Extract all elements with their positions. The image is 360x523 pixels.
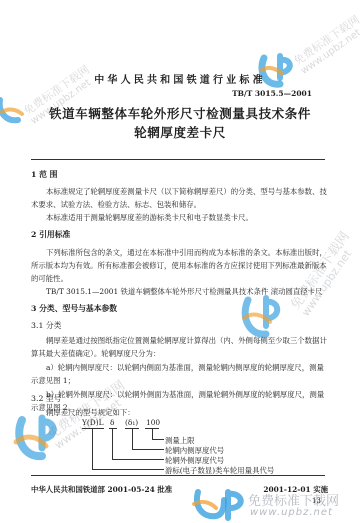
section-2-paragraph: 下列标准所包含的条文，通过在本标准中引用而构成为本标准的条文。本标准出版时， <box>46 247 327 258</box>
approval-info: 中华人民共和国铁道部 2001-05-24 批准 <box>31 484 172 495</box>
model-part-type: Y(D)L <box>82 418 103 427</box>
model-part-range: 100 <box>146 418 160 427</box>
section-2-heading: 2 引用标准 <box>31 229 70 240</box>
leader-outer-v <box>112 428 113 459</box>
model-part-inner: (δ₁) <box>125 418 138 427</box>
standard-code: TB/T 3015.5—2001 <box>232 89 312 98</box>
underline-type <box>82 428 104 429</box>
leader-inner-h <box>132 449 164 450</box>
section-3-1-paragraph: 算其最大差值确定）。轮辋厚度尺分为： <box>31 348 160 359</box>
model-intro: 辋厚差尺的型号规定如下： <box>46 407 135 418</box>
leader-range-h <box>152 439 164 440</box>
model-part-outer: δ <box>110 418 114 427</box>
watermark-logo-mid-left <box>10 412 62 468</box>
section-3-heading: 3 分类、型号与基本参数 <box>31 303 117 314</box>
leader-type-h <box>92 469 164 470</box>
watermark-brand-url: www.upbz.net <box>250 507 333 518</box>
section-3-2-heading: 3.2 型号 <box>31 393 61 404</box>
section-1-paragraph: 本标准适用于测量轮辋厚度差的游标类卡尺和电子数显类卡尺。 <box>46 212 253 223</box>
page-number: 13 <box>312 497 321 505</box>
watermark-logo-icon <box>10 412 62 464</box>
section-3-1-heading: 3.1 分类 <box>31 320 61 331</box>
document-subtitle: 轮辋厚度差卡尺 <box>0 123 360 141</box>
document-page: 免费标准下载网 www.upbz.net 免费标准下载网 www.upbz.ne… <box>0 0 360 523</box>
title-divider <box>31 159 325 160</box>
section-2-paragraph: 所示版本均为有效。所有标准都会被修订，使用本标准的各方应探讨使用下列标准最新版本 <box>31 260 327 271</box>
watermark-text-top-right: 免费标准下载网 www.upbz.net <box>292 14 360 78</box>
section-3-1-paragraph: 辋厚差是通过按图纸指定位置测量轮辋厚度计算得出（内、外侧每侧至少取三个数据计 <box>46 335 327 346</box>
section-1-heading: 1 范 围 <box>31 169 57 180</box>
watermark-text-mid-right: 免费标准下载网 www.upbz.net <box>290 230 360 318</box>
watermark-logo-bottom <box>192 488 248 523</box>
normative-reference: TB/T 3015.1—2001 铁道车辆整体车轮外形尺寸检测量具技术条件 滚动… <box>46 286 322 297</box>
document-title: 铁道车辆整体车轮外形尺寸检测量具技术条件 <box>0 104 360 122</box>
section-1-paragraph: 术要求、试验方法、检验方法、标志、包装和储存。 <box>31 199 201 210</box>
watermark-logo-icon <box>192 488 248 522</box>
underline-outer <box>109 428 117 429</box>
section-2-paragraph: 的可能性。 <box>31 273 68 284</box>
leader-outer-h <box>112 459 164 460</box>
list-item-b: b）轮辋外侧厚度尺：以轮辋外侧面为基准面，测量轮辋外侧厚度的轮辋厚度尺，测量 <box>46 389 324 400</box>
list-item-a: a）轮辋内侧厚度尺：以轮辋内侧面为基准面，测量轮辋内侧厚度的轮辋厚度尺，测量 <box>46 362 324 373</box>
footer-divider <box>31 475 325 476</box>
section-1-paragraph: 本标准规定了轮辋厚度差测量卡尺（以下简称辋厚差尺）的分类、型号与基本参数、技 <box>46 186 327 197</box>
leader-range-v <box>152 428 153 439</box>
leader-inner-v <box>132 428 133 449</box>
issuing-org-header: 中华人民共和国铁道行业标准 <box>0 71 360 86</box>
list-item-a: 示意见图 1； <box>31 375 75 386</box>
leader-type-v <box>92 428 93 469</box>
